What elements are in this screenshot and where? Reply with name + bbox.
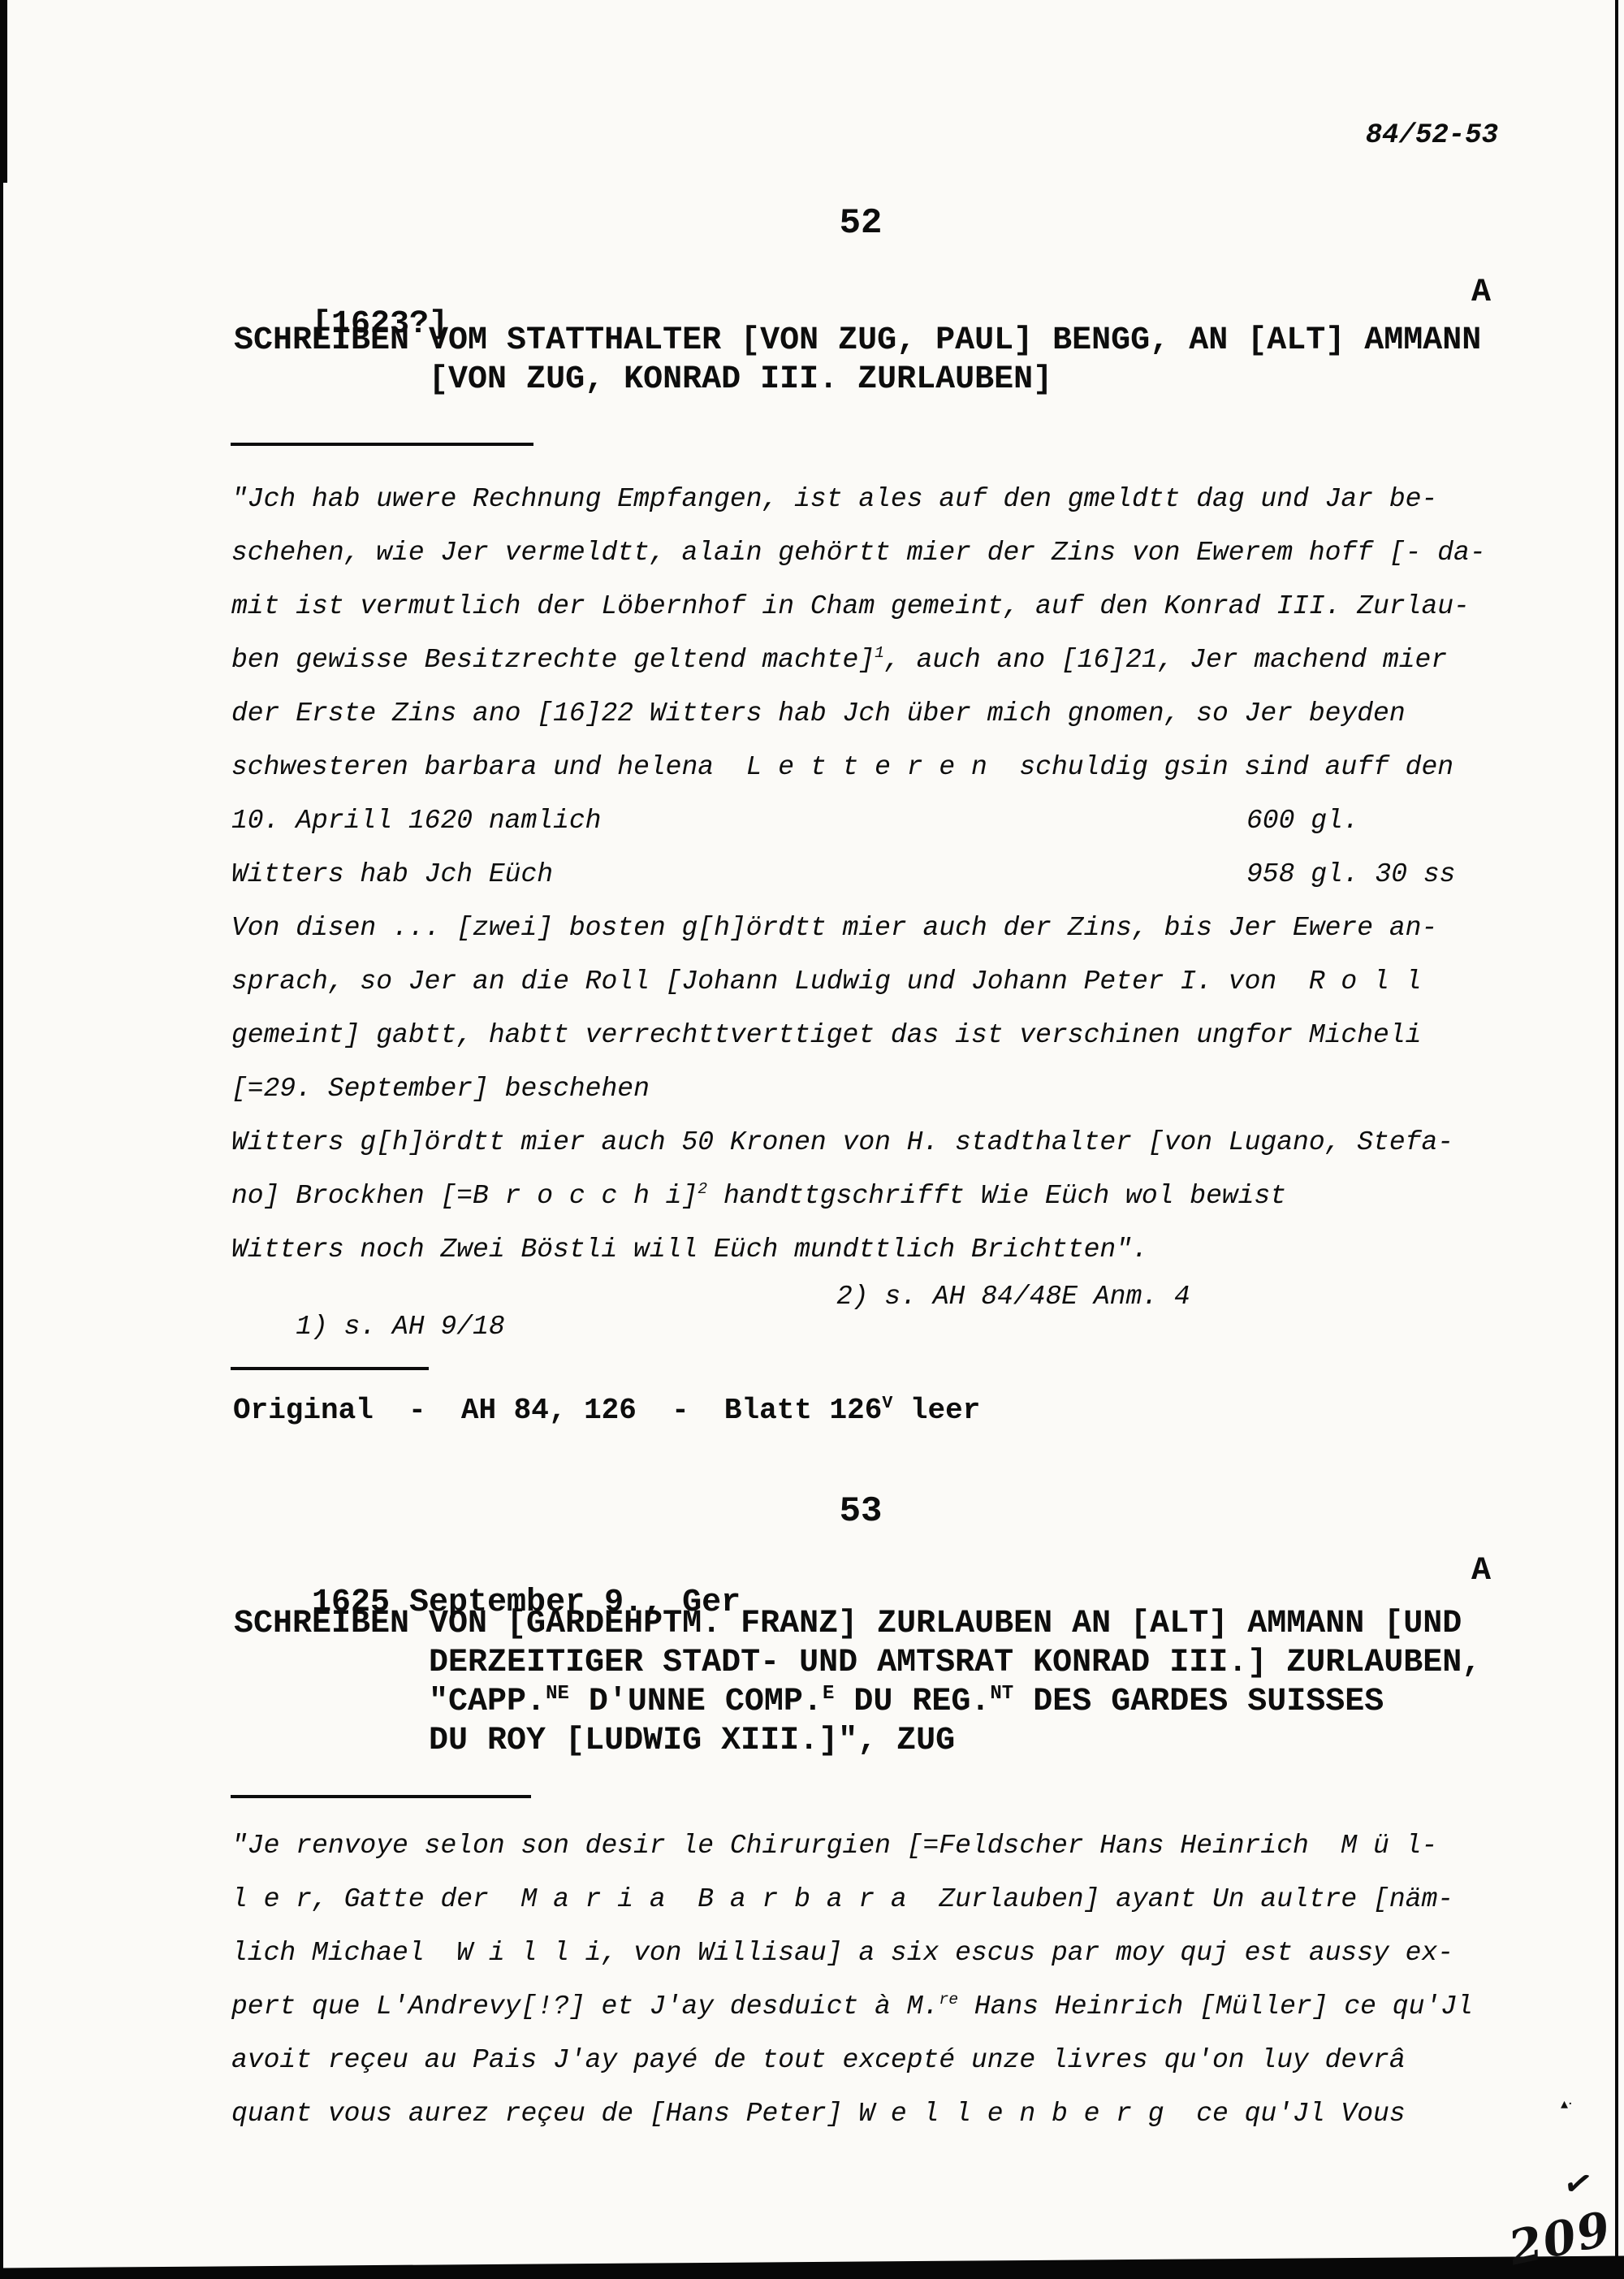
text-segment: "Je renvoye selon son desir le Chirurgie… bbox=[231, 1831, 1437, 1861]
text-segment: DES GARDES SUISSES bbox=[1013, 1684, 1384, 1720]
text-line: "CAPP.NE D'UNNE COMP.E DU REG.NT DES GAR… bbox=[234, 1683, 1549, 1722]
text-line: Witters g[h]ördtt mier auch 50 Kronen vo… bbox=[231, 1116, 1579, 1170]
text-segment: Witters noch Zwei Böstli will Eüch mundt… bbox=[231, 1235, 1148, 1265]
text-segment: [VON ZUG, KONRAD III. ZURLAUBEN] bbox=[234, 361, 1052, 398]
text-segment: no] Brockhen [=B r o c c h i] bbox=[231, 1181, 698, 1211]
footnote-2: 2) s. AH 84/48E Anm. 4 bbox=[836, 1282, 1190, 1312]
text-segment: SCHREIBEN VOM STATTHALTER [VON ZUG, PAUL… bbox=[234, 322, 1481, 359]
text-line: SCHREIBEN VON [GARDEHPTM. FRANZ] ZURLAUB… bbox=[234, 1605, 1549, 1644]
superscript: 1 bbox=[875, 644, 884, 662]
entry-52-number: 52 bbox=[231, 203, 1490, 244]
entry-52-title: SCHREIBEN VOM STATTHALTER [VON ZUG, PAUL… bbox=[234, 322, 1549, 400]
divider-rule bbox=[231, 443, 533, 446]
text-line: schwesteren barbara und helena L e t t e… bbox=[231, 741, 1579, 794]
divider-rule bbox=[231, 1795, 531, 1798]
text-line: Witters hab Jch Eüch958 gl. 30 ss bbox=[231, 848, 1579, 902]
text-segment: "Jch hab uwere Rechnung Empfangen, ist a… bbox=[231, 484, 1437, 514]
text-segment: , auch ano [16]21, Jer machend mier bbox=[884, 645, 1447, 675]
text-segment: 10. Aprill 1620 namlich bbox=[231, 806, 601, 836]
text-segment: leer bbox=[892, 1394, 980, 1427]
text-segment: Hans Heinrich [Müller] ce qu'Jl bbox=[958, 1991, 1473, 2022]
entry-52-series-letter: A bbox=[1471, 275, 1491, 311]
text-segment: ben gewisse Besitzrechte geltend machte] bbox=[231, 645, 875, 675]
text-segment: pert que L'Andrevy[!?] et J'ay desduict … bbox=[231, 1991, 939, 2022]
text-segment: lich Michael W i l l i, von Willisau] a … bbox=[231, 1938, 1453, 1968]
text-segment: quant vous aurez reçeu de [Hans Peter] W… bbox=[231, 2099, 1406, 2129]
entry-53-title: SCHREIBEN VON [GARDEHPTM. FRANZ] ZURLAUB… bbox=[234, 1605, 1549, 1761]
entry-52-source-line: Original - AH 84, 126 - Blatt 126V leer bbox=[233, 1394, 980, 1427]
text-line: [VON ZUG, KONRAD III. ZURLAUBEN] bbox=[234, 361, 1549, 400]
text-segment: gemeint] gabtt, habtt verrechttverttiget… bbox=[231, 1020, 1421, 1050]
text-line: avoit reçeu au Pais J'ay payé de tout ex… bbox=[231, 2034, 1579, 2087]
text-segment: handttgschrifft Wie Eüch wol bewist bbox=[707, 1181, 1286, 1211]
text-line: l e r, Gatte der M a r i a B a r b a r a… bbox=[231, 1873, 1579, 1927]
text-line: pert que L'Andrevy[!?] et J'ay desduict … bbox=[231, 1980, 1579, 2034]
handwritten-checkmark-icon: ✓ bbox=[1560, 2161, 1596, 2206]
superscript: V bbox=[882, 1394, 892, 1413]
text-segment: der Erste Zins ano [16]22 Witters hab Jc… bbox=[231, 698, 1406, 729]
text-segment: Original - AH 84, 126 - Blatt 126 bbox=[233, 1394, 882, 1427]
text-segment: "CAPP. bbox=[234, 1684, 546, 1720]
text-line: SCHREIBEN VOM STATTHALTER [VON ZUG, PAUL… bbox=[234, 322, 1549, 361]
text-segment: l e r, Gatte der M a r i a B a r b a r a… bbox=[231, 1884, 1453, 1914]
scan-border-right bbox=[1615, 0, 1618, 2279]
text-line: mit ist vermutlich der Löbernhof in Cham… bbox=[231, 580, 1579, 634]
scan-border-left bbox=[0, 0, 3, 2279]
entry-52-date-row: [1623?] A bbox=[234, 270, 1501, 310]
text-segment: SCHREIBEN VON [GARDEHPTM. FRANZ] ZURLAUB… bbox=[234, 1606, 1462, 1642]
footnote-1: 1) s. AH 9/18 bbox=[296, 1312, 504, 1342]
text-segment: avoit reçeu au Pais J'ay payé de tout ex… bbox=[231, 2045, 1406, 2075]
superscript: re bbox=[939, 1991, 958, 2009]
text-line: sprach, so Jer an die Roll [Johann Ludwi… bbox=[231, 955, 1579, 1009]
entry-53-transcript: "Je renvoye selon son desir le Chirurgie… bbox=[231, 1819, 1579, 2141]
entry-52-transcript: "Jch hab uwere Rechnung Empfangen, ist a… bbox=[231, 473, 1579, 1277]
text-line: "Jch hab uwere Rechnung Empfangen, ist a… bbox=[231, 473, 1579, 526]
document-scan-page: 84/52-53 52 [1623?] A SCHREIBEN VOM STAT… bbox=[0, 0, 1624, 2279]
text-segment: DU ROY [LUDWIG XIII.]", ZUG bbox=[234, 1723, 955, 1759]
text-line: no] Brockhen [=B r o c c h i]2 handttgsc… bbox=[231, 1170, 1579, 1223]
superscript: E bbox=[823, 1683, 834, 1705]
text-line: schehen, wie Jer vermeldtt, alain gehört… bbox=[231, 526, 1579, 580]
text-line: der Erste Zins ano [16]22 Witters hab Jc… bbox=[231, 687, 1579, 741]
superscript: NT bbox=[990, 1683, 1013, 1705]
text-segment: sprach, so Jer an die Roll [Johann Ludwi… bbox=[231, 967, 1421, 997]
superscript: NE bbox=[546, 1683, 569, 1705]
text-line: ben gewisse Besitzrechte geltend machte]… bbox=[231, 634, 1579, 687]
entry-52-footnotes: 1) s. AH 9/18 2) s. AH 84/48E Anm. 4 bbox=[231, 1282, 1531, 1322]
entry-53-number: 53 bbox=[231, 1491, 1490, 1532]
scan-border-bottom bbox=[0, 2255, 1624, 2279]
text-line: Witters noch Zwei Böstli will Eüch mundt… bbox=[231, 1223, 1579, 1277]
text-line: 10. Aprill 1620 namlich600 gl. bbox=[231, 794, 1579, 848]
text-line: Von disen ... [zwei] bosten g[h]ördtt mi… bbox=[231, 902, 1579, 955]
superscript: 2 bbox=[698, 1180, 707, 1198]
entry-53-date-row: 1625 September 9., Ger A bbox=[234, 1548, 1501, 1589]
amount-value: 600 gl. bbox=[1246, 794, 1359, 848]
text-segment: Witters g[h]ördtt mier auch 50 Kronen vo… bbox=[231, 1127, 1453, 1157]
text-line: DU ROY [LUDWIG XIII.]", ZUG bbox=[234, 1722, 1549, 1761]
text-segment: [=29. September] beschehen bbox=[231, 1074, 650, 1104]
text-line: lich Michael W i l l i, von Willisau] a … bbox=[231, 1927, 1579, 1980]
text-segment: Von disen ... [zwei] bosten g[h]ördtt mi… bbox=[231, 913, 1437, 943]
divider-rule bbox=[231, 1367, 429, 1370]
text-line: gemeint] gabtt, habtt verrechttverttiget… bbox=[231, 1009, 1579, 1062]
text-segment: schwesteren barbara und helena L e t t e… bbox=[231, 752, 1453, 782]
amount-value: 958 gl. 30 ss bbox=[1246, 848, 1455, 902]
text-line: "Je renvoye selon son desir le Chirurgie… bbox=[231, 1819, 1579, 1873]
text-line: DERZEITIGER STADT- UND AMTSRAT KONRAD II… bbox=[234, 1644, 1549, 1683]
scan-border-left-top bbox=[0, 0, 7, 183]
entry-53-series-letter: A bbox=[1471, 1553, 1491, 1589]
text-segment: mit ist vermutlich der Löbernhof in Cham… bbox=[231, 591, 1470, 621]
text-segment: D'UNNE COMP. bbox=[569, 1684, 823, 1720]
text-line: quant vous aurez reçeu de [Hans Peter] W… bbox=[231, 2087, 1579, 2141]
text-segment: DU REG. bbox=[834, 1684, 990, 1720]
handwritten-small-mark: ▴· bbox=[1561, 2095, 1573, 2113]
archive-reference: 84/52-53 bbox=[1366, 120, 1498, 151]
text-segment: DERZEITIGER STADT- UND AMTSRAT KONRAD II… bbox=[234, 1645, 1481, 1681]
text-segment: Witters hab Jch Eüch bbox=[231, 859, 553, 889]
text-line: [=29. September] beschehen bbox=[231, 1062, 1579, 1116]
text-segment: schehen, wie Jer vermeldtt, alain gehört… bbox=[231, 538, 1486, 568]
